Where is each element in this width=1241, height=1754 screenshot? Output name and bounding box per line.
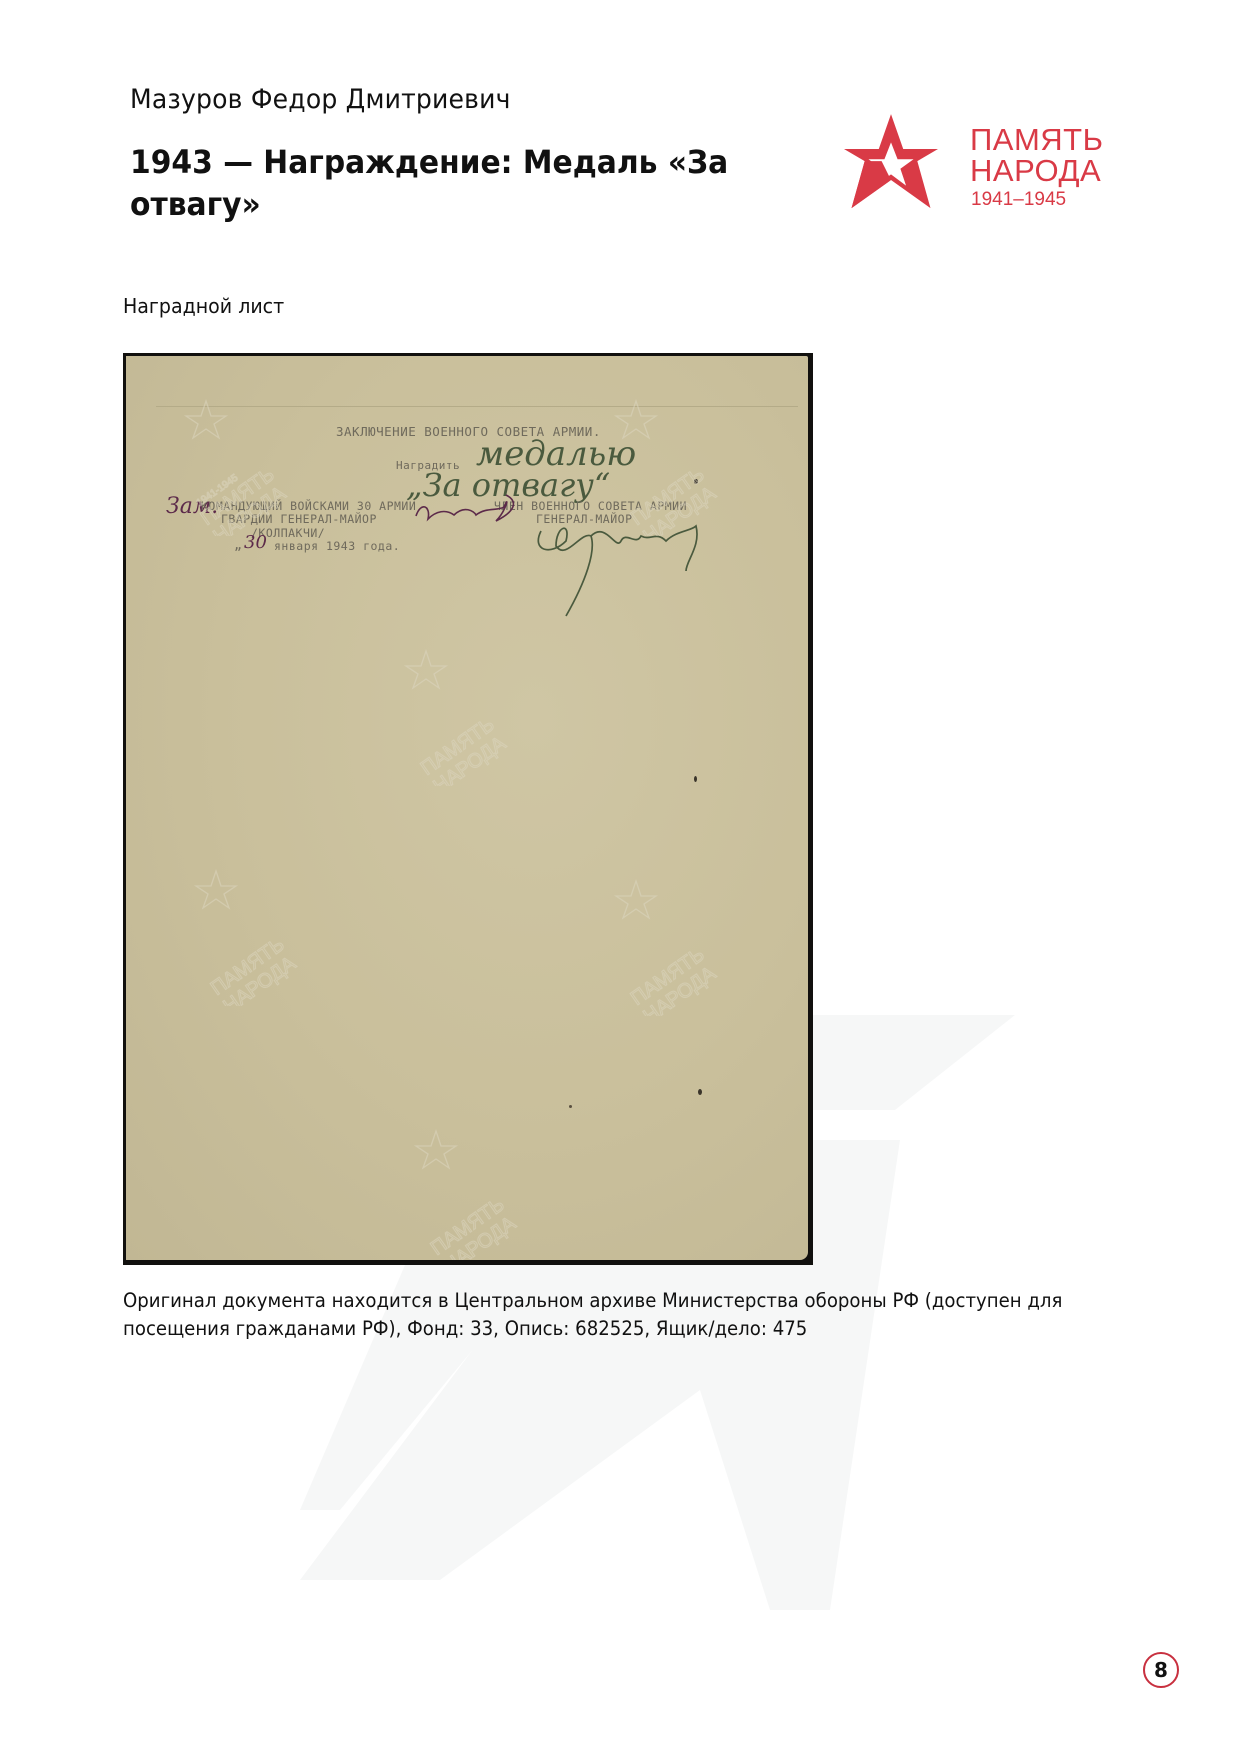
watermark-logo-icon: ПАМЯТЬНАРОДА <box>396 646 536 786</box>
scan-paper: ЗАКЛЮЧЕНИЕ ВОЕННОГО СОВЕТА АРМИИ. Наград… <box>126 356 808 1260</box>
speck <box>569 1105 572 1108</box>
handwritten-signature-left <box>406 481 526 531</box>
pamyat-naroda-logo[interactable]: ПАМЯТЬ НАРОДА 1941–1945 <box>840 110 1130 220</box>
watermark-logo-icon: 1941-1945ПАМЯТЬНАРОДА <box>176 396 316 536</box>
speck <box>694 776 697 782</box>
logo-text-naroda: НАРОДА <box>970 155 1101 186</box>
logo-text-pamyat: ПАМЯТЬ <box>970 124 1103 155</box>
watermark-logo-icon: ПАМЯТЬНАРОДА <box>186 866 326 1006</box>
person-name: Мазуров Федор Дмитриевич <box>130 84 511 115</box>
watermark-logo-icon: ПАМЯТЬНАРОДА <box>606 396 746 536</box>
section-label: Наградной лист <box>123 294 284 318</box>
speck <box>698 1089 702 1095</box>
watermark-logo-icon: ПАМЯТЬНАРОДА <box>406 1126 546 1260</box>
page-title: 1943 — Награждение: Медаль «За отвагу» <box>130 141 800 225</box>
page-number-badge: 8 <box>1143 1652 1179 1688</box>
typed-date: января 1943 года. <box>274 539 400 553</box>
archive-caption: Оригинал документа находится в Центральн… <box>123 1287 1109 1343</box>
award-sheet-scan[interactable]: ЗАКЛЮЧЕНИЕ ВОЕННОГО СОВЕТА АРМИИ. Наград… <box>123 353 813 1265</box>
red-star-icon <box>844 114 938 214</box>
logo-years: 1941–1945 <box>971 190 1066 210</box>
date-open-quote: „ <box>234 538 242 553</box>
watermark-logo-icon: ПАМЯТЬНАРОДА <box>606 876 746 1016</box>
